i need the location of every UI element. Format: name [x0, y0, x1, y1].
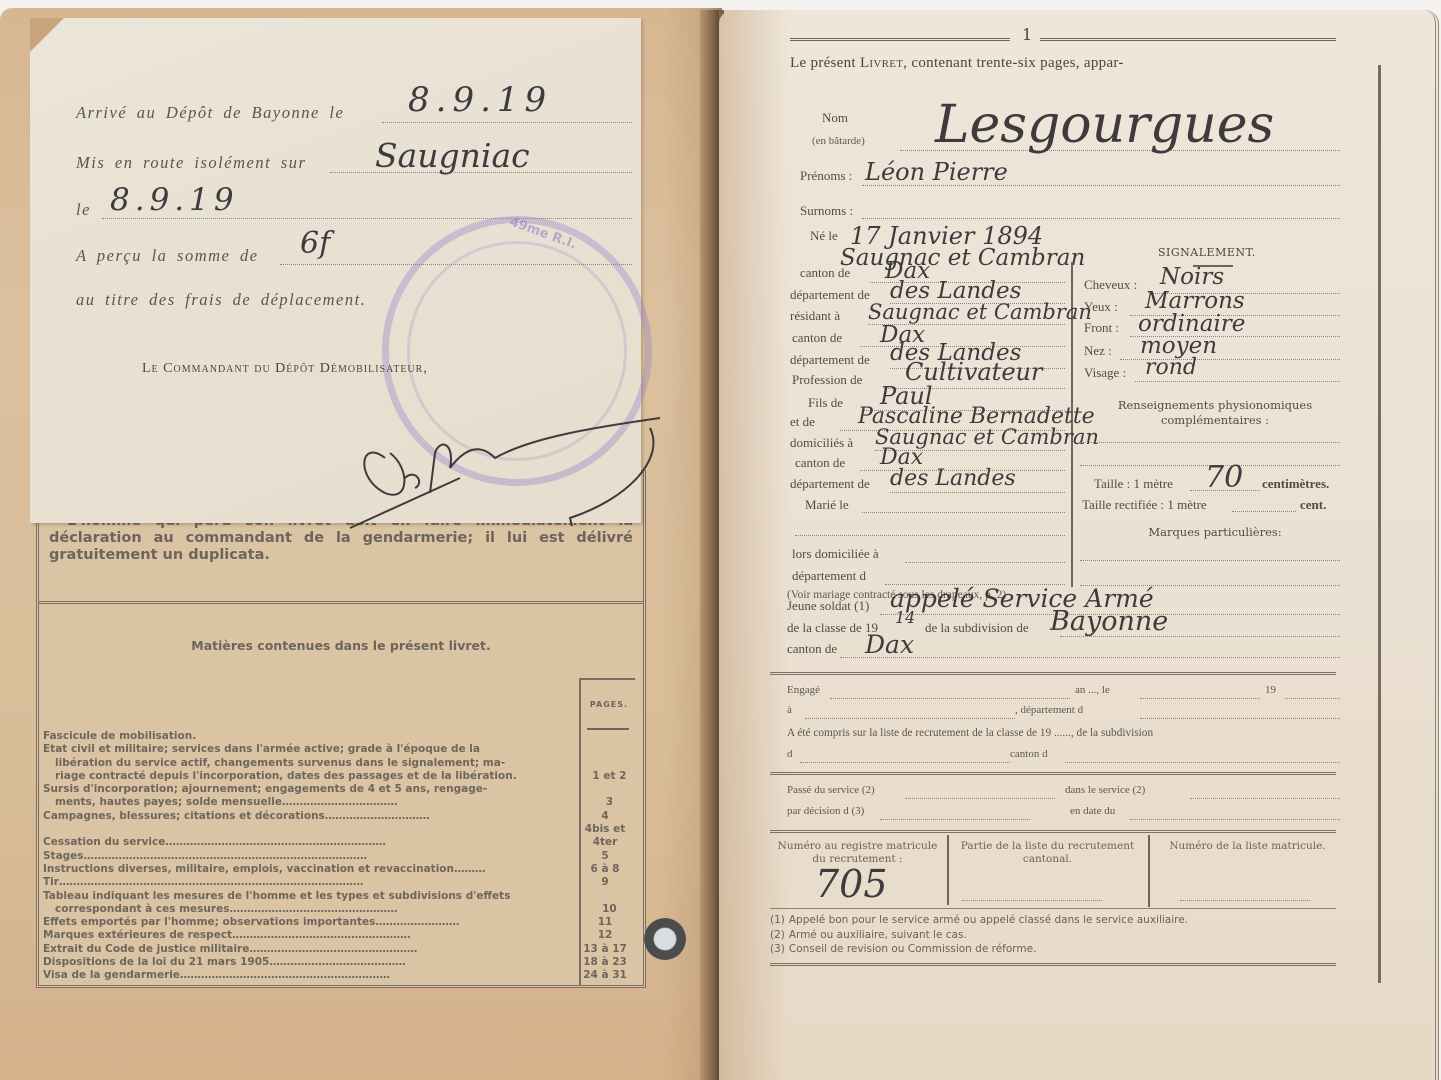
- canton-label: canton de: [800, 265, 850, 281]
- toc-row-pages: 12: [575, 929, 635, 942]
- nom-sublabel: (en bâtarde): [812, 135, 865, 147]
- toc-row: libération du service actif, changements…: [43, 757, 639, 770]
- footnote: (1)Appelé bon pour le service armé ou ap…: [770, 913, 1188, 928]
- engage-label: Engagé: [787, 684, 820, 696]
- toc-pages-header: PAGES.: [583, 700, 635, 709]
- booklet-intro: Le présent Livret, contenant trente-six …: [790, 55, 1124, 72]
- compris-label: A été compris sur la liste de recrutemen…: [787, 727, 1153, 739]
- toc-row-pages: 18 à 23: [575, 956, 635, 969]
- nez-label: Nez :: [1084, 343, 1112, 359]
- toc-row-label: Campagnes, blessures; citations et décor…: [43, 810, 575, 823]
- arrival-date: 8.9.19: [408, 80, 552, 120]
- amount-label: A perçu la somme de: [76, 246, 259, 266]
- toc-row: Dispositions de la loi du 21 mars 1905………: [43, 956, 639, 969]
- cheveux-label: Cheveux :: [1084, 277, 1137, 293]
- dotted-line: [1135, 381, 1340, 382]
- footnote: (3)Conseil de revision ou Commission de …: [770, 942, 1188, 957]
- dotted-line: [1130, 819, 1340, 820]
- toc-row-label: Dispositions de la loi du 21 mars 1905………: [43, 956, 575, 969]
- registry-divider-2: [1148, 835, 1150, 907]
- departement2-label: département de: [790, 352, 870, 368]
- expenses-label: au titre des frais de déplacement.: [76, 290, 366, 310]
- visage-label: Visage :: [1084, 365, 1126, 381]
- section-rule: [770, 830, 1336, 833]
- first-names-value: Léon Pierre: [865, 158, 1008, 186]
- matricule-list-header: Numéro de la liste matricule.: [1160, 840, 1335, 853]
- slip-folded-corner: [30, 18, 64, 52]
- toc-row-label: Extrait du Code de justice militaire……………: [43, 943, 575, 956]
- dotted-line: [795, 535, 1065, 536]
- toc-row: correspondant à ces mesures……………………………………: [43, 903, 639, 916]
- toc-row-pages: 10: [580, 903, 639, 916]
- toc-row-pages: 6 à 8: [575, 863, 635, 876]
- registry-bottom-rule: [770, 908, 1336, 909]
- complementaires-label: complémentaires :: [1090, 413, 1340, 427]
- toc-row: Sursis d'incorporation; ajournement; eng…: [43, 783, 639, 796]
- toc-row: Fascicule de mobilisation.: [43, 730, 639, 743]
- footnote-text: Appelé bon pour le service armé ou appel…: [789, 914, 1188, 926]
- passe-service-label: Passé du service (2): [787, 784, 875, 796]
- dotted-line: [1080, 442, 1340, 443]
- toc-row: Tir……………………………………………………………………………9: [43, 876, 639, 889]
- toc-title: Matières contenues dans le présent livre…: [39, 638, 643, 653]
- toc-row-label: Fascicule de mobilisation.: [43, 730, 575, 743]
- lors-domiciliee-label: lors domiciliée à: [792, 546, 879, 562]
- hair-value: Noirs: [1160, 264, 1224, 290]
- handwritten-signature: [330, 398, 670, 538]
- toc-row-label: ments, hautes payes; solde mensuelle……………: [43, 796, 580, 809]
- height-cm-value: 70: [1205, 460, 1243, 495]
- page-bottom-rule: [770, 963, 1336, 966]
- taille-label: Taille : 1 mètre: [1094, 476, 1173, 492]
- departement4-label: département d: [792, 568, 866, 584]
- toc-row-label: Cessation du service………………………………………………………: [43, 836, 575, 849]
- surname-value: Lesgourgues: [935, 95, 1274, 155]
- dotted-line: [1140, 698, 1260, 699]
- route-date-label: le: [76, 200, 91, 220]
- dotted-line: [382, 122, 632, 123]
- an-label: an ..., le: [1075, 684, 1110, 696]
- registry-number-value: 705: [815, 862, 888, 906]
- toc-row-label: Instructions diverses, militaire, emploi…: [43, 863, 575, 876]
- dotted-line: [962, 900, 1102, 901]
- compris-d-label: d: [787, 748, 793, 760]
- dotted-line: [1140, 718, 1340, 719]
- footnote-number: (3): [770, 943, 785, 955]
- footnote-number: (1): [770, 914, 785, 926]
- front-label: Front :: [1084, 320, 1119, 336]
- taille-rect-unit: cent.: [1300, 497, 1326, 513]
- residant-label: résidant à: [790, 308, 840, 324]
- scanned-military-booklet: …, en tout autre cas, le délai est de hu…: [0, 0, 1441, 1080]
- route-label: Mis en route isolément sur: [76, 153, 306, 173]
- toc-row-pages: 4: [575, 810, 635, 823]
- toc-row: Tableau indiquant les mesures de l'homme…: [43, 890, 639, 903]
- footnote-text: Conseil de revision ou Commission de réf…: [789, 943, 1037, 955]
- canton-service-value: Dax: [865, 630, 914, 659]
- toc-row-label: Tir……………………………………………………………………………: [43, 876, 575, 889]
- dotted-line: [905, 562, 1065, 563]
- toc-row: Stages………………………………………………………………………5: [43, 850, 639, 863]
- taille-unit: centimètres.: [1262, 476, 1329, 492]
- departement3-value: des Landes: [890, 466, 1016, 491]
- route-date: 8.9.19: [110, 182, 239, 218]
- toc-row-pages: 3: [580, 796, 639, 809]
- cantonal-list-header: Partie de la liste du recrutement canton…: [955, 840, 1140, 866]
- toc-row-label: Tableau indiquant les mesures de l'homme…: [43, 890, 575, 903]
- footnote: (2)Armé ou auxiliaire, suivant le cas.: [770, 928, 1188, 943]
- decision-label: par décision d (3): [787, 805, 864, 817]
- page-number: 1: [1022, 25, 1032, 44]
- en-date-label: en date du: [1070, 805, 1115, 817]
- toc-row-label: riage contracté depuis l'incorporation, …: [43, 770, 580, 783]
- route-destination: Saugniac: [375, 136, 530, 175]
- soldat-label: Jeune soldat (1): [787, 598, 869, 614]
- toc-row-pages: 13 à 17: [575, 943, 635, 956]
- subdivision-label: de la subdivision de: [925, 620, 1029, 636]
- header-rule-left: [790, 38, 1010, 41]
- toc-rows: Fascicule de mobilisation.Etat civil et …: [43, 730, 639, 983]
- dotted-line: [1080, 560, 1340, 561]
- annee-label: 19: [1265, 684, 1276, 696]
- class-year-value: 14: [895, 608, 915, 627]
- subdivision-value: Bayonne: [1050, 606, 1168, 637]
- surnoms-label: Surnoms :: [800, 203, 853, 219]
- arrival-label: Arrivé au Dépôt de Bayonne le: [76, 103, 344, 123]
- birth-date-label: Né le: [810, 228, 838, 244]
- canton-service-label: canton de: [787, 641, 837, 657]
- amount-value: 6f: [300, 226, 330, 261]
- intro-text: Le présent: [790, 55, 860, 71]
- nom-label: Nom: [822, 110, 848, 126]
- signatory-title: Le Commandant du Dépôt Démobilisateur,: [142, 361, 428, 377]
- toc-row: Campagnes, blessures; citations et décor…: [43, 810, 639, 823]
- canton3-label: canton de: [795, 455, 845, 471]
- marie-label: Marié le: [805, 497, 849, 513]
- dans-service-label: dans le service (2): [1065, 784, 1145, 796]
- section-rule: [770, 772, 1336, 775]
- demobilisation-slip: Arrivé au Dépôt de Bayonne le 8.9.19 Mis…: [30, 18, 641, 523]
- toc-row: Extrait du Code de justice militaire……………: [43, 943, 639, 956]
- footnotes: (1)Appelé bon pour le service armé ou ap…: [770, 913, 1188, 957]
- left-printed-section: …, en tout autre cas, le délai est de hu…: [36, 470, 646, 988]
- toc-row-pages: 1 et 2: [580, 770, 639, 783]
- dotted-line: [840, 657, 1340, 658]
- dotted-line: [862, 218, 1340, 219]
- marques-label: Marques particulières:: [1090, 525, 1340, 539]
- engage-a-label: à: [787, 704, 792, 716]
- renseignements-label: Renseignements physionomiques: [1090, 398, 1340, 412]
- section-divider: [39, 601, 643, 604]
- header-rule-right: [1040, 38, 1336, 41]
- toc-row-label: Effets emportés par l'homme; observation…: [43, 916, 575, 929]
- compris-canton-label: canton d: [1010, 748, 1048, 760]
- toc-row: riage contracté depuis l'incorporation, …: [43, 770, 639, 783]
- yeux-label: Yeux :: [1084, 299, 1118, 315]
- footnote-number: (2): [770, 929, 785, 941]
- toc-row-label: Sursis d'incorporation; ajournement; eng…: [43, 783, 575, 796]
- dotted-line: [805, 718, 1015, 719]
- section-rule: [770, 672, 1336, 675]
- birth-place-value: Saugnac et Cambran: [840, 245, 1085, 271]
- toc-row-label: libération du service actif, changements…: [43, 757, 580, 770]
- dotted-line: [880, 819, 1030, 820]
- toc-row-label: Stages………………………………………………………………………: [43, 850, 575, 863]
- dotted-line: [1065, 762, 1340, 763]
- canton2-label: canton de: [792, 330, 842, 346]
- dotted-line: [800, 762, 1010, 763]
- departement3-label: département de: [790, 476, 870, 492]
- dotted-line: [1180, 900, 1310, 901]
- toc-row-label: Visa de la gendarmerie…………………………………………………: [43, 969, 575, 982]
- dotted-line: [102, 218, 632, 219]
- intro-livret: Livret: [860, 55, 903, 71]
- face-value: rond: [1145, 355, 1197, 380]
- prenoms-label: Prénoms :: [800, 168, 852, 184]
- toc-row: Effets emportés par l'homme; observation…: [43, 916, 639, 929]
- toc-row-pages: 5: [575, 850, 635, 863]
- engage-departement-label: , département d: [1015, 704, 1083, 716]
- toc-row: Visa de la gendarmerie…………………………………………………: [43, 969, 639, 982]
- dotted-line: [1232, 511, 1296, 512]
- domicilies-label: domiciliés à: [790, 435, 853, 451]
- residant-value: Saugnac et Cambran: [868, 300, 1092, 324]
- dotted-line: [905, 798, 1055, 799]
- toc-row-label: Marques extérieures de respect……………………………: [43, 929, 575, 942]
- departement-label: département de: [790, 287, 870, 303]
- registry-divider-1: [947, 835, 949, 905]
- dotted-line: [862, 512, 1065, 513]
- taille-rectifiee-label: Taille rectifiée : 1 mètre: [1082, 497, 1207, 513]
- dotted-line: [830, 698, 1070, 699]
- toc-row: Instructions diverses, militaire, emploi…: [43, 863, 639, 876]
- dotted-line: [1190, 798, 1340, 799]
- toc-row-pages: 4bis et 4ter: [575, 823, 635, 850]
- toc-row-pages: 9: [575, 876, 635, 889]
- dotted-line: [890, 492, 1065, 493]
- profession-label: Profession de: [792, 372, 862, 388]
- toc-row-pages: 24 à 31: [575, 969, 635, 982]
- toc-row: ments, hautes payes; solde mensuelle……………: [43, 796, 639, 809]
- toc-row: Cessation du service………………………………………………………: [43, 823, 639, 850]
- et-de-label: et de: [790, 414, 815, 430]
- signalement-title: SIGNALEMENT.: [1158, 246, 1256, 259]
- footnote-text: Armé ou auxiliaire, suivant le cas.: [789, 929, 967, 941]
- dotted-line: [1285, 698, 1340, 699]
- toc-row: Marques extérieures de respect……………………………: [43, 929, 639, 942]
- fils-de-label: Fils de: [808, 395, 843, 411]
- intro-text-end: , contenant trente-six pages, appar-: [903, 55, 1123, 71]
- binding-eyelet: [644, 918, 686, 960]
- toc-row: Etat civil et militaire; services dans l…: [43, 743, 639, 756]
- toc-row-pages: 11: [575, 916, 635, 929]
- toc-row-label: Etat civil et militaire; services dans l…: [43, 743, 575, 756]
- toc-row-label: correspondant à ces mesures……………………………………: [43, 903, 580, 916]
